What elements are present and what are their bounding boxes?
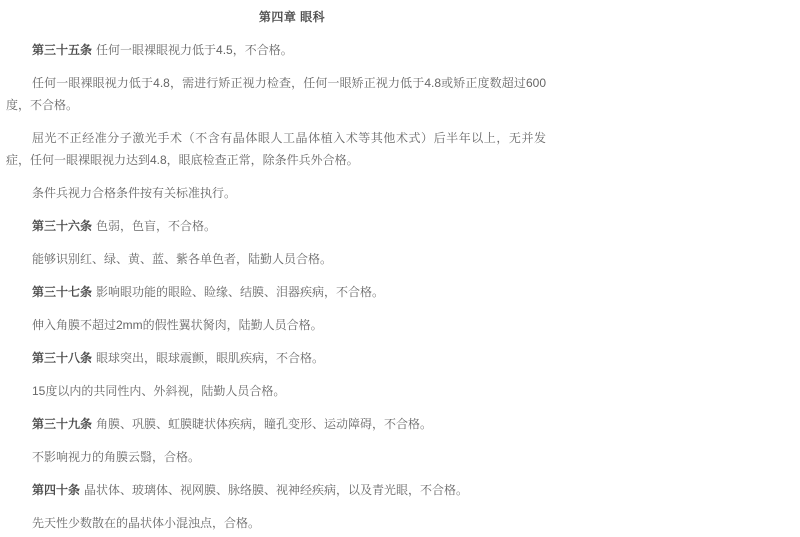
document-page: 第四章 眼科 第三十五条任何一眼裸眼视力低于4.5，不合格。 任何一眼裸眼视力低… bbox=[0, 0, 578, 534]
article-paragraph: 15度以内的共同性内、外斜视，陆勤人员合格。 bbox=[6, 380, 546, 402]
article-number-label: 第三十五条 bbox=[32, 43, 92, 57]
article-paragraph: 不影响视力的角膜云翳，合格。 bbox=[6, 446, 546, 468]
article-paragraph: 伸入角膜不超过2mm的假性翼状胬肉，陆勤人员合格。 bbox=[6, 314, 546, 336]
article-text: 伸入角膜不超过2mm的假性翼状胬肉，陆勤人员合格。 bbox=[32, 318, 323, 332]
article-paragraph: 第三十九条角膜、巩膜、虹膜睫状体疾病，瞳孔变形、运动障碍，不合格。 bbox=[6, 413, 546, 435]
article-text: 晶状体、玻璃体、视网膜、脉络膜、视神经疾病，以及青光眼，不合格。 bbox=[84, 483, 468, 497]
article-number-label: 第三十八条 bbox=[32, 351, 92, 365]
article-text: 影响眼功能的眼睑、睑缘、结膜、泪器疾病，不合格。 bbox=[96, 285, 384, 299]
article-list: 第三十五条任何一眼裸眼视力低于4.5，不合格。 任何一眼裸眼视力低于4.8，需进… bbox=[6, 39, 578, 534]
article-paragraph: 能够识别红、绿、黄、蓝、紫各单色者，陆勤人员合格。 bbox=[6, 248, 546, 270]
article-paragraph: 条件兵视力合格条件按有关标准执行。 bbox=[6, 182, 546, 204]
article-paragraph: 先天性少数散在的晶状体小混浊点，合格。 bbox=[6, 512, 546, 534]
article-text: 角膜、巩膜、虹膜睫状体疾病，瞳孔变形、运动障碍，不合格。 bbox=[96, 417, 432, 431]
article-paragraph: 任何一眼裸眼视力低于4.8，需进行矫正视力检查，任何一眼矫正视力低于4.8或矫正… bbox=[6, 72, 546, 116]
article-number-label: 第三十七条 bbox=[32, 285, 92, 299]
article-number-label: 第三十六条 bbox=[32, 219, 92, 233]
article-text: 能够识别红、绿、黄、蓝、紫各单色者，陆勤人员合格。 bbox=[32, 252, 332, 266]
article-text: 先天性少数散在的晶状体小混浊点，合格。 bbox=[32, 516, 260, 530]
article-paragraph: 第三十五条任何一眼裸眼视力低于4.5，不合格。 bbox=[6, 39, 546, 61]
article-text: 任何一眼裸眼视力低于4.5，不合格。 bbox=[96, 43, 293, 57]
article-text: 屈光不正经准分子激光手术（不含有晶体眼人工晶体植入术等其他术式）后半年以上，无并… bbox=[6, 131, 546, 167]
article-paragraph: 第四十条晶状体、玻璃体、视网膜、脉络膜、视神经疾病，以及青光眼，不合格。 bbox=[6, 479, 546, 501]
article-text: 眼球突出，眼球震颤，眼肌疾病，不合格。 bbox=[96, 351, 324, 365]
article-paragraph: 第三十六条色弱，色盲，不合格。 bbox=[6, 215, 546, 237]
article-text: 不影响视力的角膜云翳，合格。 bbox=[32, 450, 200, 464]
article-paragraph: 屈光不正经准分子激光手术（不含有晶体眼人工晶体植入术等其他术式）后半年以上，无并… bbox=[6, 127, 546, 171]
article-number-label: 第三十九条 bbox=[32, 417, 92, 431]
article-text: 15度以内的共同性内、外斜视，陆勤人员合格。 bbox=[32, 384, 285, 398]
article-text: 任何一眼裸眼视力低于4.8，需进行矫正视力检查，任何一眼矫正视力低于4.8或矫正… bbox=[6, 76, 546, 112]
article-paragraph: 第三十八条眼球突出，眼球震颤，眼肌疾病，不合格。 bbox=[6, 347, 546, 369]
article-text: 条件兵视力合格条件按有关标准执行。 bbox=[32, 186, 236, 200]
chapter-title: 第四章 眼科 bbox=[6, 6, 578, 28]
article-text: 色弱，色盲，不合格。 bbox=[96, 219, 216, 233]
article-number-label: 第四十条 bbox=[32, 483, 80, 497]
article-paragraph: 第三十七条影响眼功能的眼睑、睑缘、结膜、泪器疾病，不合格。 bbox=[6, 281, 546, 303]
